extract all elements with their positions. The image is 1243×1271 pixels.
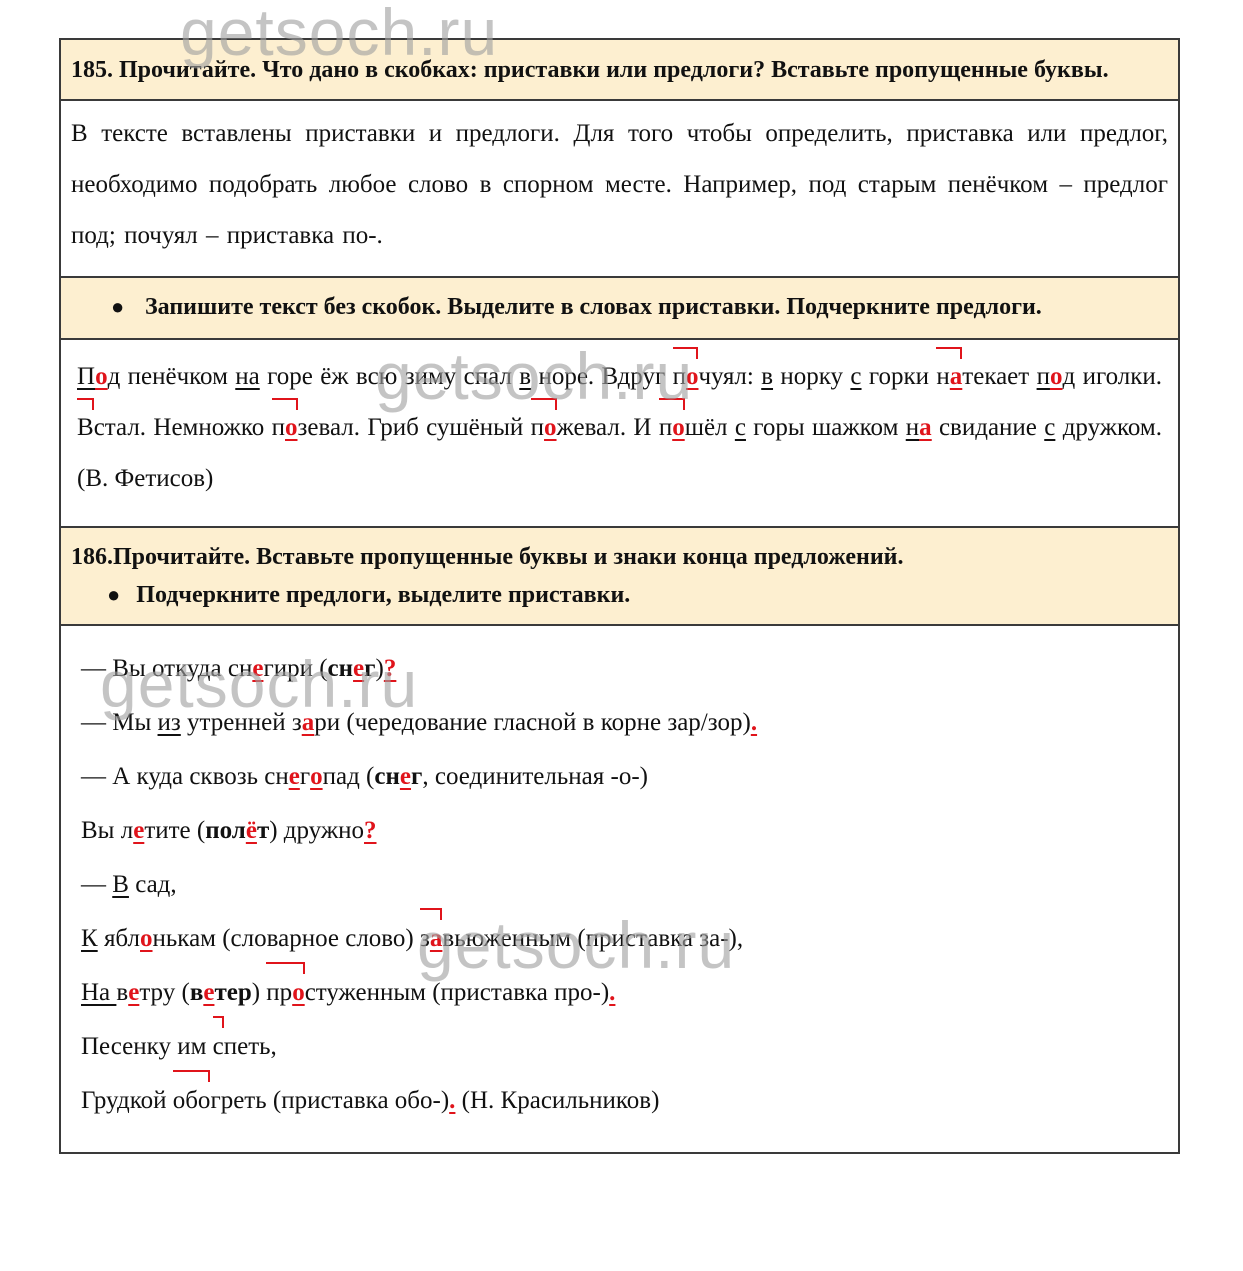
poem-line: К яблонькам (словарное слово) завьюженны… — [81, 912, 1158, 966]
text-fragment: о — [686, 363, 699, 390]
text-fragment: стуженным (приставка про-) — [305, 979, 609, 1006]
text-fragment: о — [310, 763, 323, 790]
text-fragment: ? — [364, 817, 377, 844]
bullet-icon: ● — [107, 582, 120, 607]
text-fragment: сн — [328, 655, 354, 682]
preposition: под — [1037, 363, 1076, 390]
text-fragment: а — [919, 414, 932, 441]
text-fragment: тер — [214, 979, 251, 1006]
text-fragment: п — [272, 414, 285, 441]
poem-line: — Мы из утренней зари (чередование гласн… — [81, 696, 1158, 750]
text-fragment: е — [353, 655, 364, 682]
poem-line: Грудкой обогреть (приставка обо-). (Н. К… — [81, 1074, 1158, 1128]
prefix-mark: по — [659, 402, 685, 453]
text-fragment: зевал. Гриб сушёный — [298, 414, 531, 441]
text-fragment: о — [95, 363, 108, 390]
preposition: в — [761, 363, 773, 390]
task-186-header: 186.Прочитайте. Вставьте пропущенные бук… — [61, 528, 1178, 626]
text-fragment: г — [411, 763, 422, 790]
text-fragment: т — [257, 817, 269, 844]
text-fragment: сад, — [129, 871, 177, 898]
text-fragment: чуял: — [698, 363, 761, 390]
text-fragment: П — [77, 363, 95, 390]
text-fragment: п — [673, 363, 686, 390]
text-fragment: з — [420, 925, 430, 952]
text-fragment: — А куда сквозь сн — [81, 763, 289, 790]
text-fragment: ) — [252, 979, 267, 1006]
poem-line: Песенку им спеть, — [81, 1020, 1158, 1074]
poem-line: — А куда сквозь снегопад (снег, соединит… — [81, 750, 1158, 804]
text-fragment: ё — [246, 817, 257, 844]
task-185-sub-instruction: Запишите текст без скобок. Выделите в сл… — [145, 294, 1042, 320]
text-fragment: тите ( — [144, 817, 205, 844]
preposition: К — [81, 925, 98, 952]
text-fragment: — Мы — [81, 709, 158, 736]
bullet-icon: ● — [111, 288, 124, 326]
text-fragment: горе ёж всю зиму спал — [260, 363, 520, 390]
text-fragment: а — [430, 925, 443, 952]
task-186-number: 186. — [71, 544, 113, 570]
text-fragment: г — [300, 763, 310, 790]
poem-line: На ветру (ветер) простуженным (приставка… — [81, 966, 1158, 1020]
text-fragment: н — [906, 414, 919, 441]
text-fragment: п — [1037, 363, 1050, 390]
text-fragment: тру ( — [139, 979, 189, 1006]
task-185-instruction: Прочитайте. Что дано в скобках: приставк… — [119, 57, 1109, 83]
text-fragment: о — [292, 979, 305, 1006]
text-fragment: а — [950, 363, 963, 390]
prefix-mark: на — [936, 351, 962, 402]
text-fragment: о — [285, 414, 298, 441]
prefix-mark: по — [673, 351, 699, 402]
prefix-mark: за — [420, 912, 442, 966]
text-fragment: греть (приставка обо-) — [210, 1087, 449, 1114]
text-fragment: ри (чередование гласной в корне зар/зор) — [314, 709, 751, 736]
prefix-mark: про — [266, 966, 304, 1020]
text-fragment: — Вы откуда сн — [81, 655, 252, 682]
text-fragment: пад ( — [323, 763, 375, 790]
text-fragment: е — [252, 655, 263, 682]
text-fragment: . — [751, 709, 757, 736]
text-fragment: пол — [205, 817, 246, 844]
text-fragment: утренней з — [181, 709, 302, 736]
text-fragment: е — [289, 763, 300, 790]
text-fragment: о — [672, 414, 685, 441]
task-185-subtask: ● Запишите текст без скобок. Выделите в … — [61, 278, 1178, 340]
text-fragment: жевал. И — [557, 414, 659, 441]
text-fragment: стал. Немножко — [94, 414, 272, 441]
preposition: Под — [77, 363, 120, 390]
text-fragment: , соединительная -о-) — [422, 763, 648, 790]
text-fragment: Грудкой — [81, 1087, 173, 1114]
task-185-explanation: В тексте вставлены приставки и предлоги.… — [61, 101, 1178, 278]
text-fragment: вьюженным (приставка за-), — [442, 925, 743, 952]
prefix-mark: с — [213, 1020, 224, 1074]
poem-line: Вы летите (полёт) дружно? — [81, 804, 1158, 858]
preposition: с — [1044, 414, 1055, 441]
prefix-mark: обо — [173, 1074, 211, 1128]
text-fragment: п — [659, 414, 672, 441]
text-fragment: (Н. Красильников) — [455, 1087, 659, 1114]
preposition: на — [906, 414, 932, 441]
preposition: На — [81, 979, 116, 1006]
text-fragment: . — [609, 979, 615, 1006]
text-fragment: свидание — [932, 414, 1045, 441]
preposition: из — [158, 709, 181, 736]
preposition: с — [850, 363, 861, 390]
text-fragment: норе. Вдруг — [531, 363, 673, 390]
text-fragment: д — [108, 363, 121, 390]
text-fragment: текает — [962, 363, 1036, 390]
text-fragment: нькам (словарное слово) — [153, 925, 421, 952]
text-fragment: в — [190, 979, 204, 1006]
text-fragment: е — [203, 979, 214, 1006]
text-fragment: е — [128, 979, 139, 1006]
task-185-number: 185. — [71, 57, 113, 83]
preposition: с — [735, 414, 746, 441]
text-fragment: ябл — [98, 925, 140, 952]
task-186-sub-instruction: Подчеркните предлоги, выделите приставки… — [136, 582, 630, 608]
task-186-instruction: Прочитайте. Вставьте пропущенные буквы и… — [113, 544, 903, 570]
poem-line: — В сад, — [81, 858, 1158, 912]
text-fragment: н — [936, 363, 949, 390]
exercise-table: 185. Прочитайте. Что дано в скобках: при… — [59, 38, 1180, 1154]
text-fragment: горки — [862, 363, 937, 390]
task-185-answer: Под пенёчком на горе ёж всю зиму спал в … — [61, 340, 1178, 528]
text-fragment: — — [81, 871, 112, 898]
text-fragment: норку — [773, 363, 850, 390]
prefix-mark: по — [531, 402, 557, 453]
text-fragment: сн — [374, 763, 400, 790]
text-fragment: горы шажком — [746, 414, 906, 441]
text-fragment: ) — [376, 655, 384, 682]
text-fragment: пенёчком — [120, 363, 235, 390]
text-fragment: е — [133, 817, 144, 844]
prefix-mark: по — [272, 402, 298, 453]
text-fragment: д — [1062, 363, 1075, 390]
text-fragment: в — [116, 979, 128, 1006]
text-fragment: иголки. — [1075, 363, 1162, 390]
poem-line: — Вы откуда снегири (снег)? — [81, 642, 1158, 696]
text-fragment: п — [531, 414, 544, 441]
preposition: В — [112, 871, 129, 898]
text-fragment: Песенку им — [81, 1033, 213, 1060]
text-fragment: о — [1050, 363, 1063, 390]
text-fragment: а — [302, 709, 315, 736]
text-fragment: пр — [266, 979, 292, 1006]
prefix-mark: В — [77, 402, 94, 453]
text-fragment: шёл — [685, 414, 735, 441]
text-fragment: гири ( — [263, 655, 327, 682]
text-fragment: е — [400, 763, 411, 790]
text-fragment: г — [364, 655, 375, 682]
text-fragment: ? — [384, 655, 397, 682]
preposition: на — [235, 363, 259, 390]
task-185-header: 185. Прочитайте. Что дано в скобках: при… — [61, 40, 1178, 101]
text-fragment: ) дружно — [269, 817, 364, 844]
preposition: в — [519, 363, 531, 390]
text-fragment: о — [140, 925, 153, 952]
text-fragment: о — [544, 414, 557, 441]
task-186-answer: — Вы откуда снегири (снег)? — Мы из утре… — [61, 626, 1178, 1152]
text-fragment: Вы л — [81, 817, 133, 844]
text-fragment: петь, — [224, 1033, 277, 1060]
